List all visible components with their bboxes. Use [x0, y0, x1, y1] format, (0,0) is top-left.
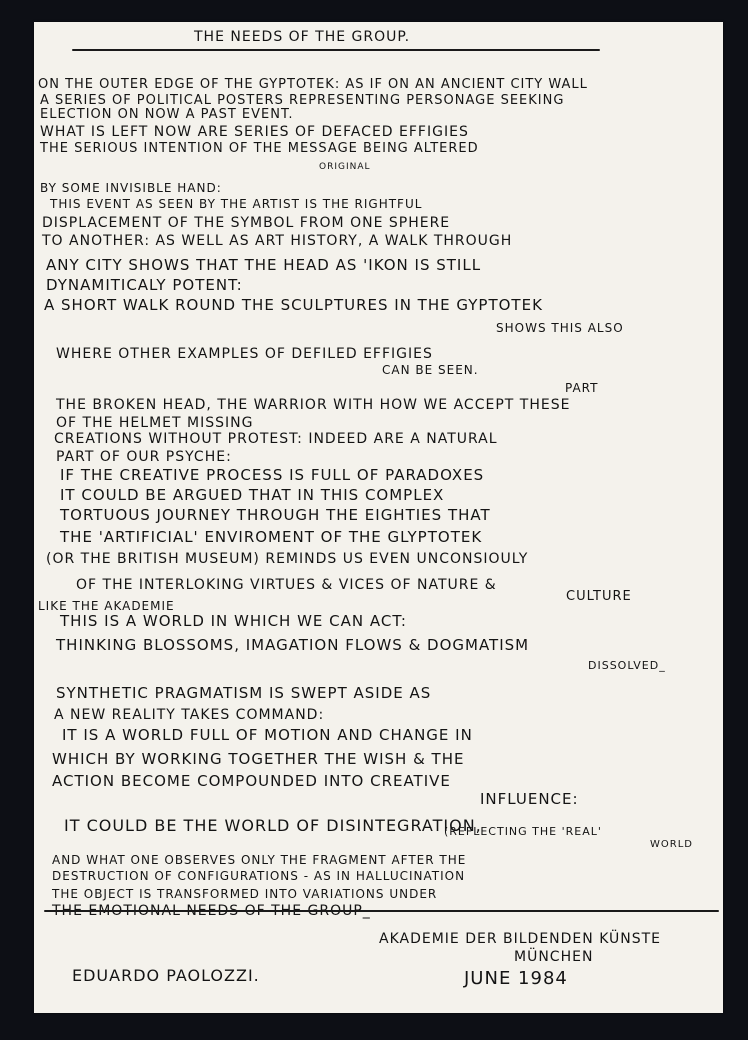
- text-insertion: CAN BE SEEN.: [382, 364, 479, 376]
- page-title: THE NEEDS OF THE GROUP.: [194, 30, 410, 44]
- text-line: WHAT IS LEFT NOW ARE SERIES OF DEFACED E…: [40, 125, 469, 139]
- text-line: OF THE HELMET MISSING: [56, 416, 253, 430]
- text-line: A NEW REALITY TAKES COMMAND:: [54, 708, 324, 722]
- text-line: A SHORT WALK ROUND THE SCULPTURES IN THE…: [44, 298, 543, 313]
- text-line: AND WHAT ONE OBSERVES ONLY THE FRAGMENT …: [52, 854, 466, 866]
- institution-name: AKADEMIE DER BILDENDEN KÜNSTE: [379, 932, 661, 946]
- text-line: TO ANOTHER: AS WELL AS ART HISTORY, A WA…: [42, 234, 512, 248]
- text-line: THINKING BLOSSOMS, IMAGATION FLOWS & DOG…: [56, 638, 529, 653]
- text-line: THE BROKEN HEAD, THE WARRIOR WITH HOW WE…: [56, 398, 570, 412]
- text-line: PART OF OUR PSYCHE:: [56, 450, 232, 464]
- text-line: ON THE OUTER EDGE OF THE GYPTOTEK: AS IF…: [38, 78, 588, 91]
- text-insertion: LIKE THE AKADEMIE: [38, 600, 175, 612]
- text-insertion: (REFLECTING THE 'REAL': [444, 826, 602, 837]
- text-line: WHICH BY WORKING TOGETHER THE WISH & THE: [52, 752, 464, 767]
- text-line: DYNAMITICALY POTENT:: [46, 278, 243, 293]
- text-insertion: ORIGINAL: [319, 163, 371, 172]
- text-line: THE 'ARTIFICIAL' ENVIROMENT OF THE GLYPT…: [60, 530, 482, 545]
- text-line: A SERIES OF POLITICAL POSTERS REPRESENTI…: [40, 94, 564, 107]
- text-line: ACTION BECOME COMPOUNDED INTO CREATIVE: [52, 774, 451, 789]
- text-line: IF THE CREATIVE PROCESS IS FULL OF PARAD…: [60, 468, 484, 483]
- text-line: BY SOME INVISIBLE HAND:: [40, 182, 222, 194]
- text-line: TORTUOUS JOURNEY THROUGH THE EIGHTIES TH…: [60, 508, 491, 523]
- text-line: (OR THE BRITISH MUSEUM) REMINDS US EVEN …: [46, 552, 528, 566]
- signature: EDUARDO PAOLOZZI.: [72, 968, 260, 984]
- text-insertion: PART: [565, 382, 598, 394]
- text-line: THE OBJECT IS TRANSFORMED INTO VARIATION…: [52, 888, 437, 900]
- date: JUNE 1984: [464, 970, 568, 988]
- text-line: CREATIONS WITHOUT PROTEST: INDEED ARE A …: [54, 432, 498, 446]
- text-insertion: INFLUENCE:: [480, 792, 579, 807]
- closing-rule: [44, 910, 719, 912]
- text-line: ANY CITY SHOWS THAT THE HEAD AS 'IKON IS…: [46, 258, 481, 273]
- text-line: THE SERIOUS INTENTION OF THE MESSAGE BEI…: [40, 142, 479, 155]
- text-line: THIS EVENT AS SEEN BY THE ARTIST IS THE …: [50, 198, 422, 210]
- text-insertion: DISSOLVED_: [588, 660, 666, 671]
- text-line: OF THE INTERLOKING VIRTUES & VICES OF NA…: [76, 578, 497, 592]
- text-line: SYNTHETIC PRAGMATISM IS SWEPT ASIDE AS: [56, 686, 431, 701]
- text-insertion: SHOWS THIS ALSO: [496, 322, 624, 334]
- text-insertion: CULTURE: [566, 590, 632, 603]
- title-underline: [72, 49, 600, 51]
- text-line: DESTRUCTION OF CONFIGURATIONS - AS IN HA…: [52, 870, 465, 882]
- text-line: WHERE OTHER EXAMPLES OF DEFILED EFFIGIES: [56, 347, 433, 361]
- text-line: ELECTION ON NOW A PAST EVENT.: [40, 108, 293, 121]
- text-line: THIS IS A WORLD IN WHICH WE CAN ACT:: [60, 614, 407, 629]
- manuscript-page: THE NEEDS OF THE GROUP. ON THE OUTER EDG…: [34, 22, 723, 1013]
- text-line: DISPLACEMENT OF THE SYMBOL FROM ONE SPHE…: [42, 216, 450, 230]
- text-line: IT COULD BE THE WORLD OF DISINTEGRATION,: [64, 818, 482, 834]
- text-insertion: WORLD: [650, 840, 693, 850]
- text-line: IT IS A WORLD FULL OF MOTION AND CHANGE …: [62, 728, 473, 743]
- institution-city: MÜNCHEN: [514, 950, 593, 964]
- text-line: IT COULD BE ARGUED THAT IN THIS COMPLEX: [60, 488, 444, 503]
